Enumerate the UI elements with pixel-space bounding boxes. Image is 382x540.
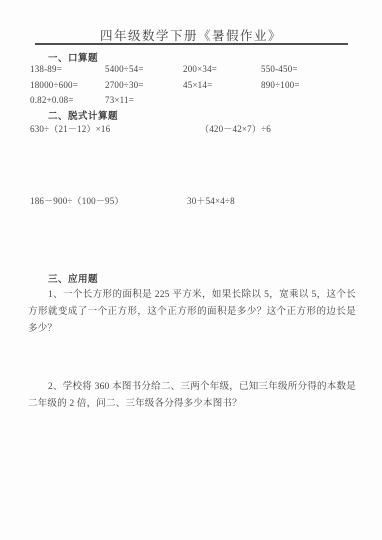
oral-problem: 2700÷30=: [105, 78, 183, 94]
oral-problems-grid: 138-89= 5400÷54= 200×34= 550-450= 18000÷…: [30, 62, 365, 109]
oral-problem: 0.82+0.08=: [30, 93, 105, 109]
oral-problem: 45×14=: [183, 78, 261, 94]
oral-problem: 550-450=: [261, 62, 365, 78]
section-heading-word: 三、应用题: [48, 271, 98, 285]
stepwise-problem: 186－900÷（100－95）: [30, 196, 124, 206]
worksheet-page: 四年级数学下册《暑假作业》 一、口算题 138-89= 5400÷54= 200…: [0, 0, 382, 540]
oral-problem: 138-89=: [30, 62, 105, 78]
oral-problem: 5400÷54=: [105, 62, 183, 78]
stepwise-problem: （420－42×7）÷6: [200, 122, 271, 135]
oral-problem: 18000÷600=: [30, 78, 105, 94]
stepwise-problem: 630÷（21－12）×16: [30, 124, 110, 134]
stepwise-row: 186－900÷（100－95） 30＋54×4÷8: [30, 194, 360, 207]
title-divider: [35, 43, 348, 45]
word-problem-1: 1、一个长方形的面积是 225 平方米，如果长除以 5，宽乘以 5，这个长方形就…: [28, 287, 356, 338]
section-heading-stepwise: 二、脱式计算题: [48, 108, 118, 122]
page-title: 四年级数学下册《暑假作业》: [0, 26, 382, 44]
stepwise-row: 630÷（21－12）×16 （420－42×7）÷6: [30, 122, 360, 135]
word-problem-2: 2、学校将 360 本图书分给二、三两个年级，已知三年级所分得的本数是二年级的 …: [28, 379, 356, 413]
oral-problem: 890÷100=: [261, 78, 365, 94]
oral-problem: 200×34=: [183, 62, 261, 78]
stepwise-problem: 30＋54×4÷8: [187, 194, 235, 207]
oral-problem: 73×11=: [105, 93, 183, 109]
